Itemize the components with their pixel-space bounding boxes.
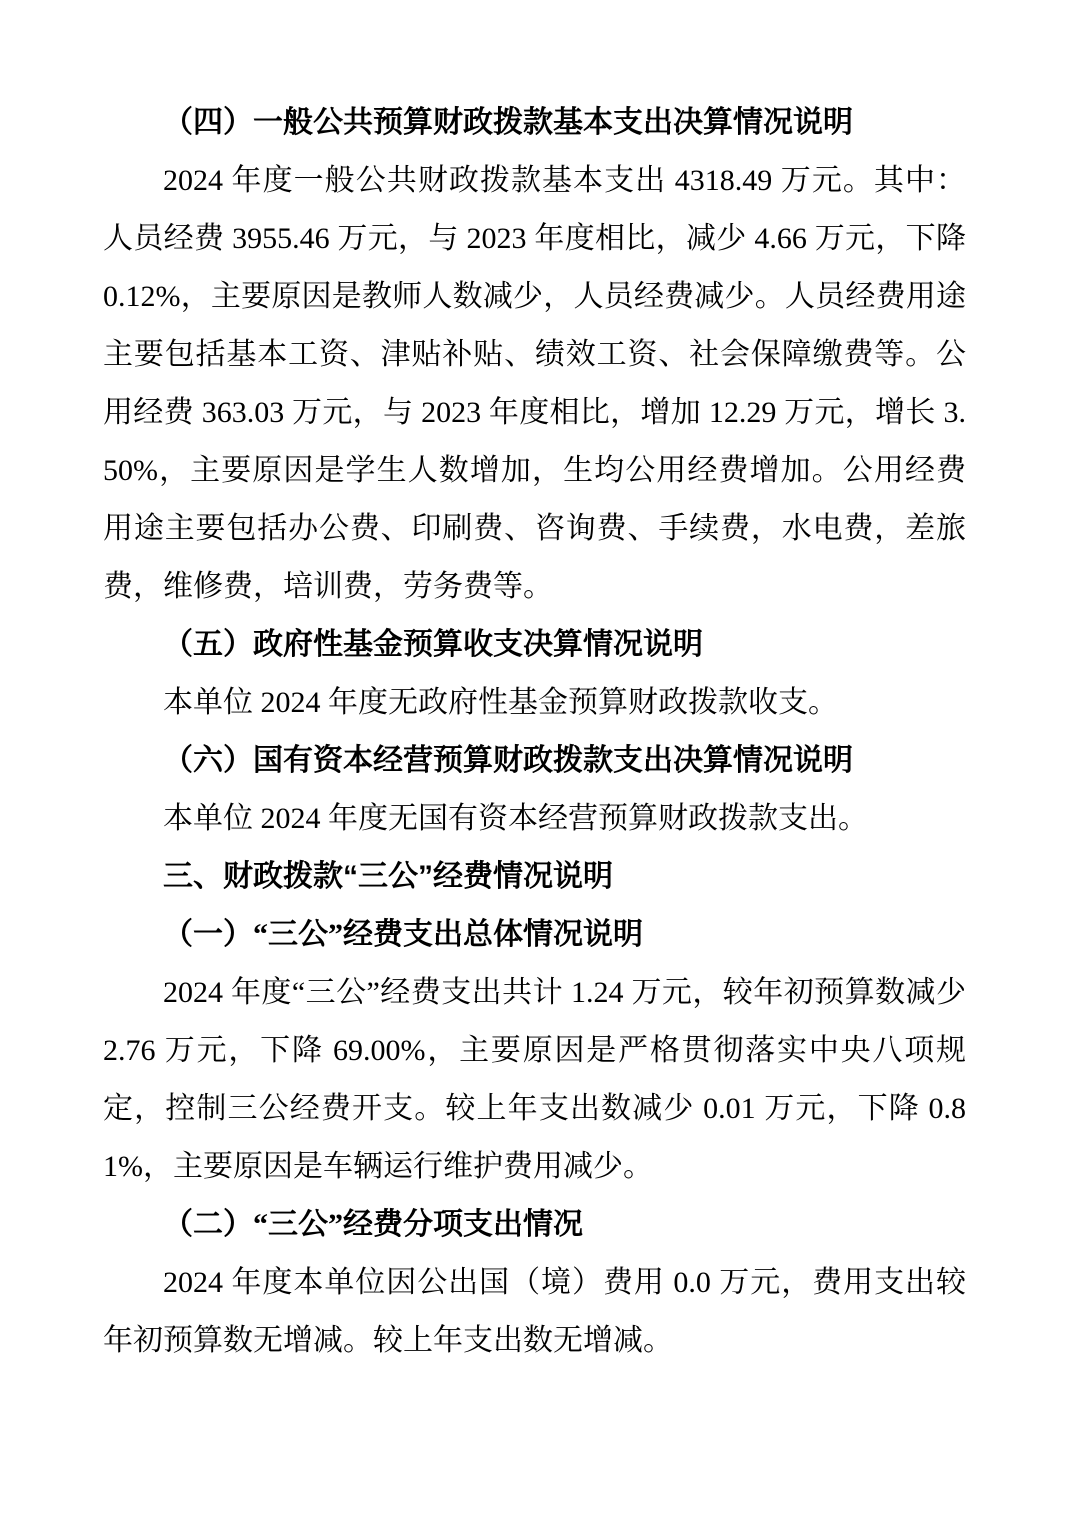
paragraph-state-capital: 本单位 2024 年度无国有资本经营预算财政拨款支出。 <box>103 790 966 848</box>
heading-basic-expenditure-section: （四）一般公共预算财政拨款基本支出决算情况说明 <box>103 94 966 152</box>
paragraph-gov-fund: 本单位 2024 年度无政府性基金预算财政拨款收支。 <box>103 674 966 732</box>
heading-gov-fund-section: （五）政府性基金预算收支决算情况说明 <box>103 616 966 674</box>
heading-three-public-overall: （一）“三公”经费支出总体情况说明 <box>103 906 966 964</box>
document-page: （四）一般公共预算财政拨款基本支出决算情况说明 2024 年度一般公共财政拨款基… <box>0 0 1074 1520</box>
heading-three-public-funds-part: 三、财政拨款“三公”经费情况说明 <box>103 848 966 906</box>
heading-three-public-itemized: （二）“三公”经费分项支出情况 <box>103 1196 966 1254</box>
paragraph-basic-expenditure: 2024 年度一般公共财政拨款基本支出 4318.49 万元。其中：人员经费 3… <box>103 152 966 616</box>
paragraph-three-public-overall: 2024 年度“三公”经费支出共计 1.24 万元，较年初预算数减少 2.76 … <box>103 964 966 1196</box>
paragraph-three-public-itemized: 2024 年度本单位因公出国（境）费用 0.0 万元，费用支出较年初预算数无增减… <box>103 1254 966 1370</box>
heading-state-capital-section: （六）国有资本经营预算财政拨款支出决算情况说明 <box>103 732 966 790</box>
